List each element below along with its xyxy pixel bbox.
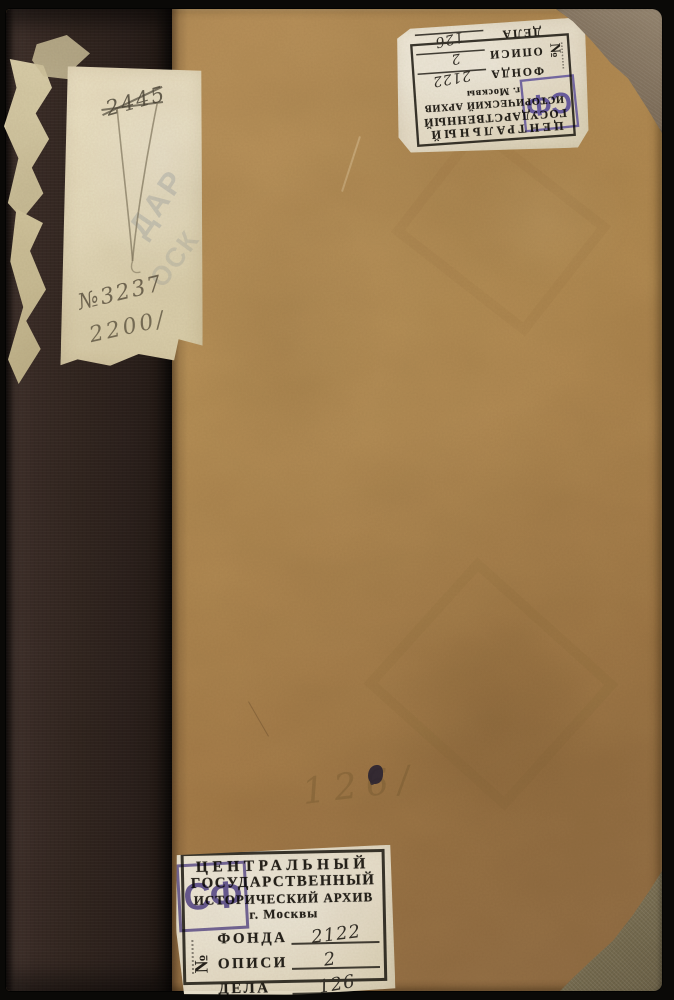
numero-sign: № <box>545 43 563 59</box>
sf-stamp-icon: СФ <box>176 861 250 933</box>
photo-scene: 2445 ДАР ОСК №3237 2200/ ЦЕНТРАЛЬНЫЙ ГОС… <box>0 0 674 1000</box>
book-cover: 2445 ДАР ОСК №3237 2200/ ЦЕНТРАЛЬНЫЙ ГОС… <box>6 9 662 991</box>
archive-stamp-top-content: ЦЕНТРАЛЬНЫЙ ГОСУДАРСТВЕННЫЙ ИСТОРИЧЕСКИЙ… <box>403 23 581 150</box>
secondary-number: 2200/ <box>87 307 169 348</box>
torn-paper-remnant <box>8 209 46 384</box>
field-value: 2122 <box>431 67 472 90</box>
field-value: 2122 <box>310 921 362 948</box>
stamp-field-row: ОПИСИ 2 <box>216 947 380 975</box>
field-label: ДЕЛА <box>500 24 541 40</box>
scratch-mark <box>341 136 361 192</box>
numero-sign: № <box>192 953 214 973</box>
ink-blot <box>368 765 383 784</box>
field-value: 126 <box>317 971 357 998</box>
cover-stain <box>436 129 656 309</box>
field-value: 126 <box>433 28 465 51</box>
ghost-watermark <box>391 122 611 337</box>
cover-stain <box>336 569 636 889</box>
archive-stamp-top: ЦЕНТРАЛЬНЫЙ ГОСУДАРСТВЕННЫЙ ИСТОРИЧЕСКИЙ… <box>393 17 592 157</box>
stamp-field-row: ДЕЛА 126 <box>216 972 380 1000</box>
spine-label: 2445 ДАР ОСК №3237 2200/ <box>60 66 205 369</box>
torn-paper-remnant <box>4 59 52 219</box>
field-label: ДЕЛА <box>218 980 270 998</box>
pencil-check-mark <box>85 95 179 296</box>
field-label: ФОНДА <box>217 930 287 948</box>
sf-stamp-icon: СФ <box>520 74 580 132</box>
archive-stamp-bottom: ЦЕНТРАЛЬНЫЙ ГОСУДАРСТВЕННЫЙ ИСТОРИЧЕСКИЙ… <box>174 845 395 998</box>
corner-patch-bottom-right <box>560 871 662 991</box>
field-value: 2 <box>323 948 338 970</box>
field-label: ОПИСИ <box>218 955 288 973</box>
archive-stamp-bottom-content: ЦЕНТРАЛЬНЫЙ ГОСУДАРСТВЕННЫЙ ИСТОРИЧЕСКИЙ… <box>174 845 395 998</box>
pencil-case-number: 126/ <box>300 758 421 813</box>
field-label: ОПИСИ <box>488 44 543 61</box>
scratch-mark <box>248 701 269 736</box>
